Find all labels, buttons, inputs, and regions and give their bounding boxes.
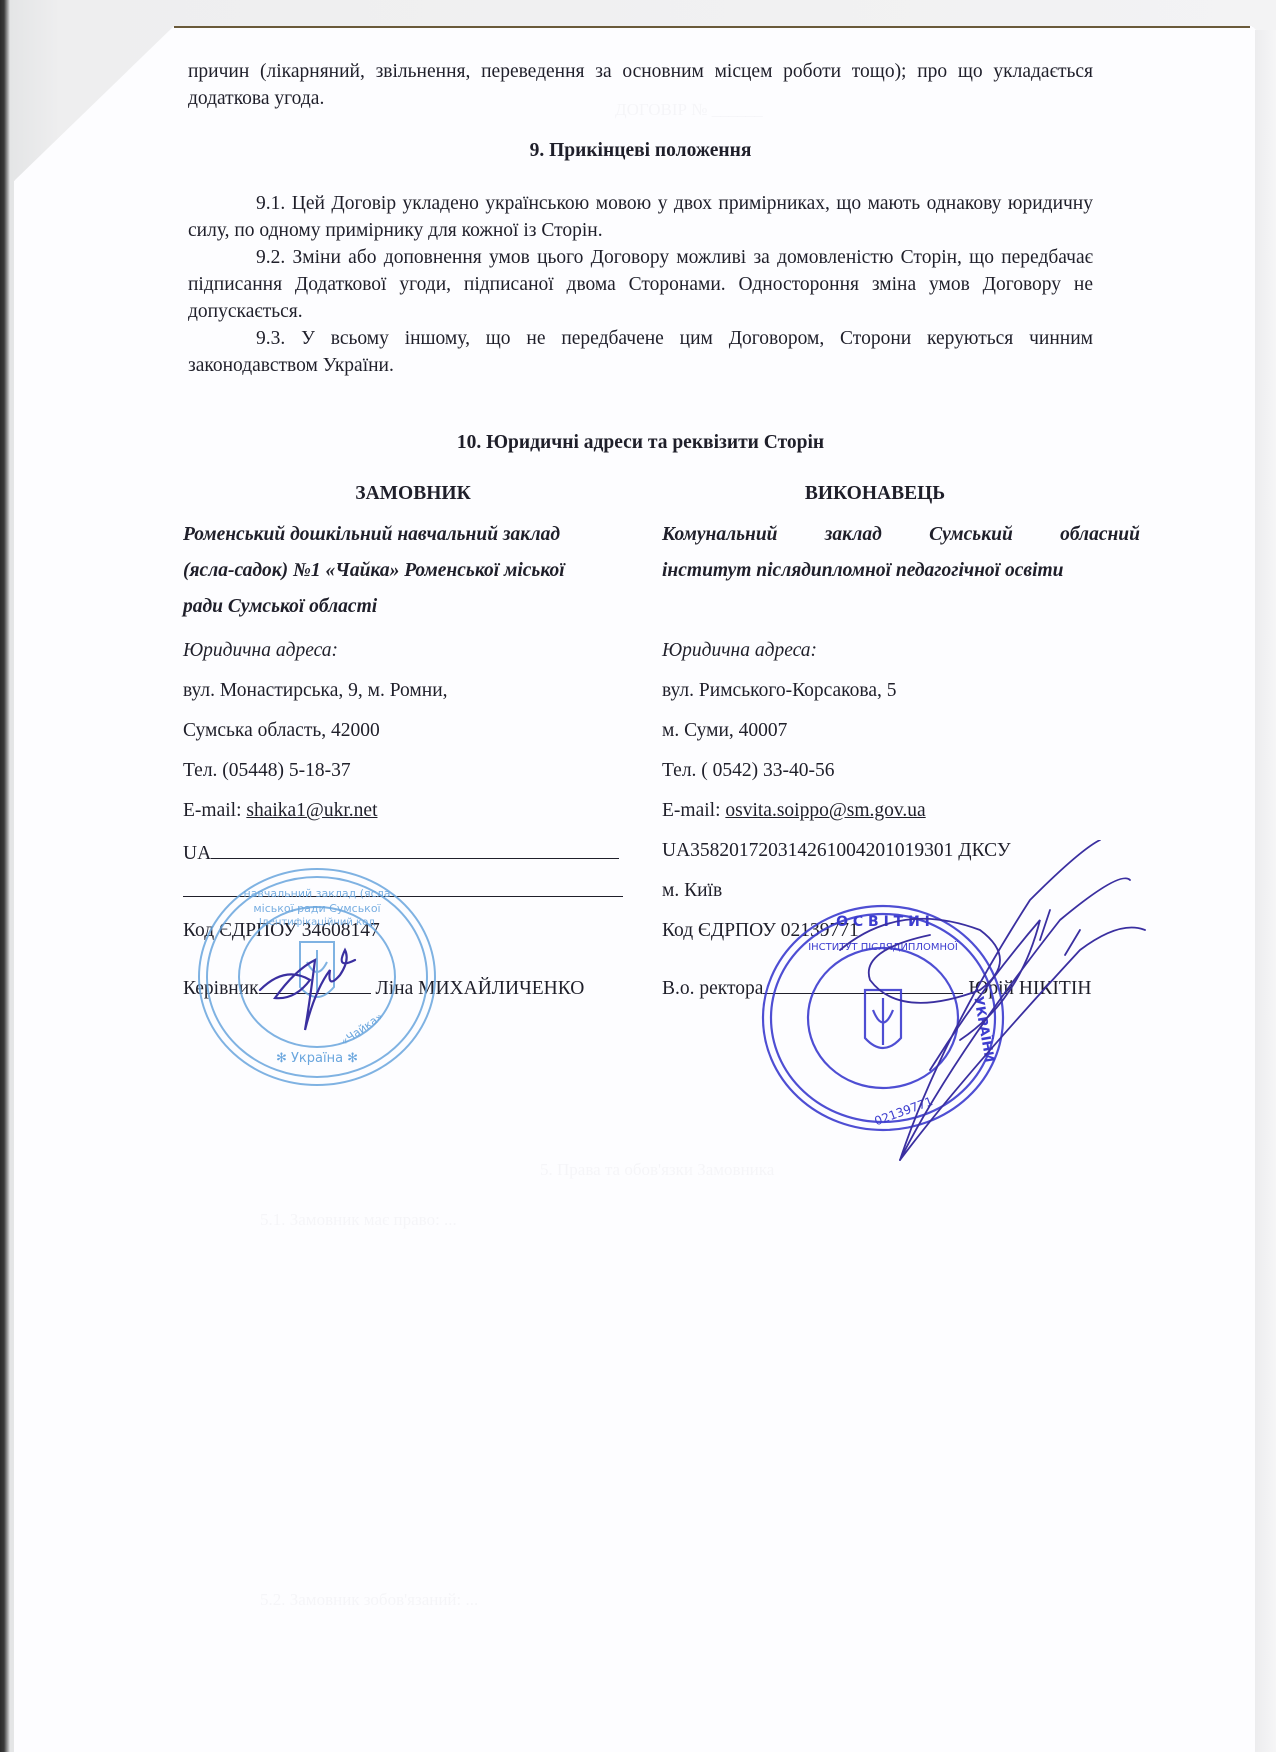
customer-phone: Тел. (05448) 5-18-37 xyxy=(183,760,351,782)
contractor-org-word: обласний xyxy=(1060,517,1140,553)
customer-signer-title: Керівник xyxy=(183,978,259,999)
customer-heading: ЗАМОВНИК xyxy=(188,483,638,505)
customer-org-line-1: Роменський дошкільний навчальний заклад xyxy=(183,517,653,553)
customer-email-row: E-mail: shaika1@ukr.net xyxy=(183,800,378,822)
contractor-stamp-code: 02139771 xyxy=(873,1094,935,1128)
contractor-edrpou: Код ЄДРПОУ 02139771 xyxy=(662,920,859,942)
customer-address-line-2: Сумська область, 42000 xyxy=(183,720,380,742)
customer-email-link[interactable]: shaika1@ukr.net xyxy=(246,800,377,821)
customer-account-prefix: UA xyxy=(183,843,211,864)
contractor-org-word: заклад xyxy=(825,517,882,553)
customer-signature-row: Керівник Ліна МИХАЙЛИЧЕНКО xyxy=(183,975,584,1000)
contractor-email-row: E-mail: osvita.soippo@sm.gov.ua xyxy=(662,800,926,822)
contractor-org-word: Комунальний xyxy=(662,517,778,553)
customer-account-row-2 xyxy=(183,878,623,903)
customer-account-row: UA xyxy=(183,840,619,865)
contractor-email-link[interactable]: osvita.soippo@sm.gov.ua xyxy=(725,800,925,821)
customer-account-blank-2 xyxy=(183,878,623,897)
customer-email-label: E-mail: xyxy=(183,800,246,821)
contractor-address-line-1: вул. Римського-Корсакова, 5 xyxy=(662,680,897,702)
contractor-address-label: Юридична адреса: xyxy=(662,640,817,662)
contractor-signer-name: Юрій НІКІТІН xyxy=(968,978,1091,999)
contractor-org-line-1: Комунальний заклад Сумський обласний xyxy=(662,517,1140,553)
customer-signature-line xyxy=(259,975,371,994)
section-10-title: 10. Юридичні адреси та реквізити Сторін xyxy=(188,432,1093,454)
contractor-signer-title: В.о. ректора xyxy=(662,978,763,999)
contractor-email-label: E-mail: xyxy=(662,800,725,821)
customer-org-line-3: ради Сумської області xyxy=(183,589,653,625)
section-9-title: 9. Прикінцеві положення xyxy=(188,140,1093,162)
customer-account-blank xyxy=(211,840,619,859)
customer-org-line-2: (ясла-садок) №1 «Чайка» Роменської міськ… xyxy=(183,553,653,589)
document-content: ДОГОВІР № ______ причин (лікарняний, зві… xyxy=(0,0,1276,1752)
contractor-org-name: Комунальний заклад Сумський обласний інс… xyxy=(662,517,1140,589)
clause-9-3: 9.3. У всьому іншому, що не передбачене … xyxy=(188,325,1093,379)
contractor-heading: ВИКОНАВЕЦЬ xyxy=(660,483,1090,505)
contractor-signature xyxy=(780,840,1150,1170)
contractor-signature-line xyxy=(763,975,963,994)
contractor-org-line-2: інститут післядипломної педагогічної осв… xyxy=(662,553,1140,589)
contractor-org-word: Сумський xyxy=(929,517,1013,553)
contractor-address-line-2: м. Суми, 40007 xyxy=(662,720,787,742)
svg-text:УКРАЇНИ: УКРАЇНИ xyxy=(970,995,997,1064)
svg-text:міської ради Сумської: міської ради Сумської xyxy=(253,902,381,915)
contractor-bank-city: м. Київ xyxy=(662,880,722,902)
show-through-text: 5.2. Замовник зобов'язаний: ... xyxy=(260,1590,478,1610)
svg-text:«Чайка»: «Чайка» xyxy=(338,1010,385,1048)
clause-9-2: 9.2. Зміни або доповнення умов цього Дог… xyxy=(188,244,1093,325)
customer-org-name: Роменський дошкільний навчальний заклад … xyxy=(183,517,653,625)
customer-stamp-country: ✻ Україна ✻ xyxy=(276,1051,358,1066)
customer-signer-name: Ліна МИХАЙЛИЧЕНКО xyxy=(376,978,585,999)
contractor-account: UA358201720314261004201019301 ДКСУ xyxy=(662,840,1011,862)
customer-address-line-1: вул. Монастирська, 9, м. Ромни, xyxy=(183,680,448,702)
contractor-signature-row: В.о. ректора Юрій НІКІТІН xyxy=(662,975,1091,1000)
contractor-phone: Тел. ( 0542) 33-40-56 xyxy=(662,760,835,782)
clause-9-1: 9.1. Цей Договір укладено українською мо… xyxy=(188,190,1093,244)
show-through-text: 5.1. Замовник має право: ... xyxy=(260,1210,457,1230)
customer-edrpou: Код ЄДРПОУ 34608147 xyxy=(183,920,380,942)
continuation-paragraph: причин (лікарняний, звільнення, переведе… xyxy=(188,58,1093,112)
customer-address-label: Юридична адреса: xyxy=(183,640,338,662)
show-through-text: 5. Права та обов'язки Замовника xyxy=(540,1160,774,1180)
